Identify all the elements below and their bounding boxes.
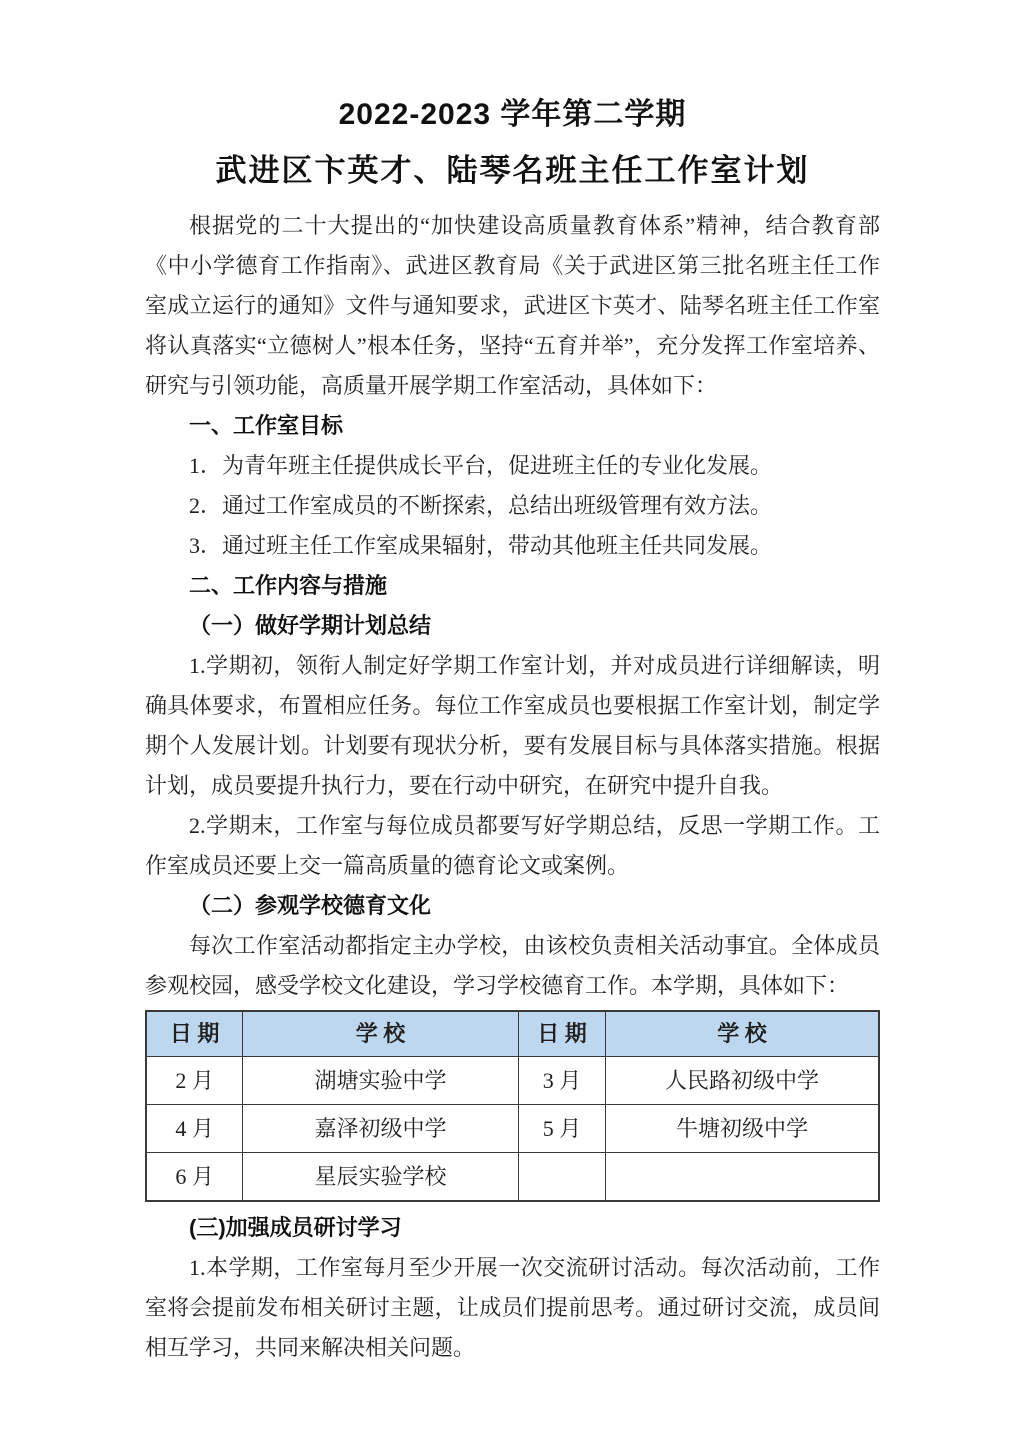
document-body: 根据党的二十大提出的“加快建设高质量教育体系”精神，结合教育部《中小学德育工作指… <box>145 206 880 1368</box>
goal-item-3: 3．通过班主任工作室成果辐射，带动其他班主任共同发展。 <box>145 526 880 566</box>
paragraph-discussion: 1.本学期，工作室每月至少开展一次交流研讨活动。每次活动前，工作室将会提前发布相… <box>145 1248 880 1368</box>
table-cell: 嘉泽初级中学 <box>243 1105 519 1153</box>
table-header-cell-school2: 学 校 <box>606 1011 879 1057</box>
subsection-heading-visit: （二）参观学校德育文化 <box>145 886 880 926</box>
schedule-table: 日 期 学 校 日 期 学 校 2 月 湖塘实验中学 3 月 人民路初级中学 4… <box>145 1010 880 1202</box>
subsection-heading-discussion: (三)加强成员研讨学习 <box>145 1208 880 1248</box>
table-cell: 6 月 <box>146 1153 243 1202</box>
section-heading-goals: 一、工作室目标 <box>145 406 880 446</box>
table-row: 2 月 湖塘实验中学 3 月 人民路初级中学 <box>146 1057 879 1105</box>
page-title-line1: 2022-2023 学年第二学期 <box>145 92 880 138</box>
page-title-line2: 武进区卞英才、陆琴名班主任工作室计划 <box>145 148 880 194</box>
table-header-cell-date2: 日 期 <box>518 1011 605 1057</box>
section-heading-content: 二、工作内容与措施 <box>145 566 880 606</box>
table-row: 6 月 星辰实验学校 <box>146 1153 879 1202</box>
table-header-cell-date1: 日 期 <box>146 1011 243 1057</box>
subsection-heading-plan: （一）做好学期计划总结 <box>145 606 880 646</box>
table-header-cell-school1: 学 校 <box>243 1011 519 1057</box>
table-cell: 2 月 <box>146 1057 243 1105</box>
table-cell: 牛塘初级中学 <box>606 1105 879 1153</box>
intro-paragraph: 根据党的二十大提出的“加快建设高质量教育体系”精神，结合教育部《中小学德育工作指… <box>145 206 880 406</box>
table-cell: 星辰实验学校 <box>243 1153 519 1202</box>
table-cell: 3 月 <box>518 1057 605 1105</box>
paragraph-plan-1: 1.学期初，领衔人制定好学期工作室计划，并对成员进行详细解读，明确具体要求，布置… <box>145 646 880 806</box>
table-cell: 5 月 <box>518 1105 605 1153</box>
table-row: 4 月 嘉泽初级中学 5 月 牛塘初级中学 <box>146 1105 879 1153</box>
table-cell <box>518 1153 605 1202</box>
table-header-row: 日 期 学 校 日 期 学 校 <box>146 1011 879 1057</box>
paragraph-plan-2: 2.学期末，工作室与每位成员都要写好学期总结，反思一学期工作。工作室成员还要上交… <box>145 806 880 886</box>
paragraph-visit: 每次工作室活动都指定主办学校，由该校负责相关活动事宜。全体成员参观校园，感受学校… <box>145 926 880 1006</box>
goal-item-1: 1．为青年班主任提供成长平台，促进班主任的专业化发展。 <box>145 446 880 486</box>
table-cell <box>606 1153 879 1202</box>
document-page: 2022-2023 学年第二学期 武进区卞英才、陆琴名班主任工作室计划 根据党的… <box>0 0 1024 1448</box>
table-cell: 湖塘实验中学 <box>243 1057 519 1105</box>
table-cell: 人民路初级中学 <box>606 1057 879 1105</box>
goal-item-2: 2．通过工作室成员的不断探索，总结出班级管理有效方法。 <box>145 486 880 526</box>
table-cell: 4 月 <box>146 1105 243 1153</box>
